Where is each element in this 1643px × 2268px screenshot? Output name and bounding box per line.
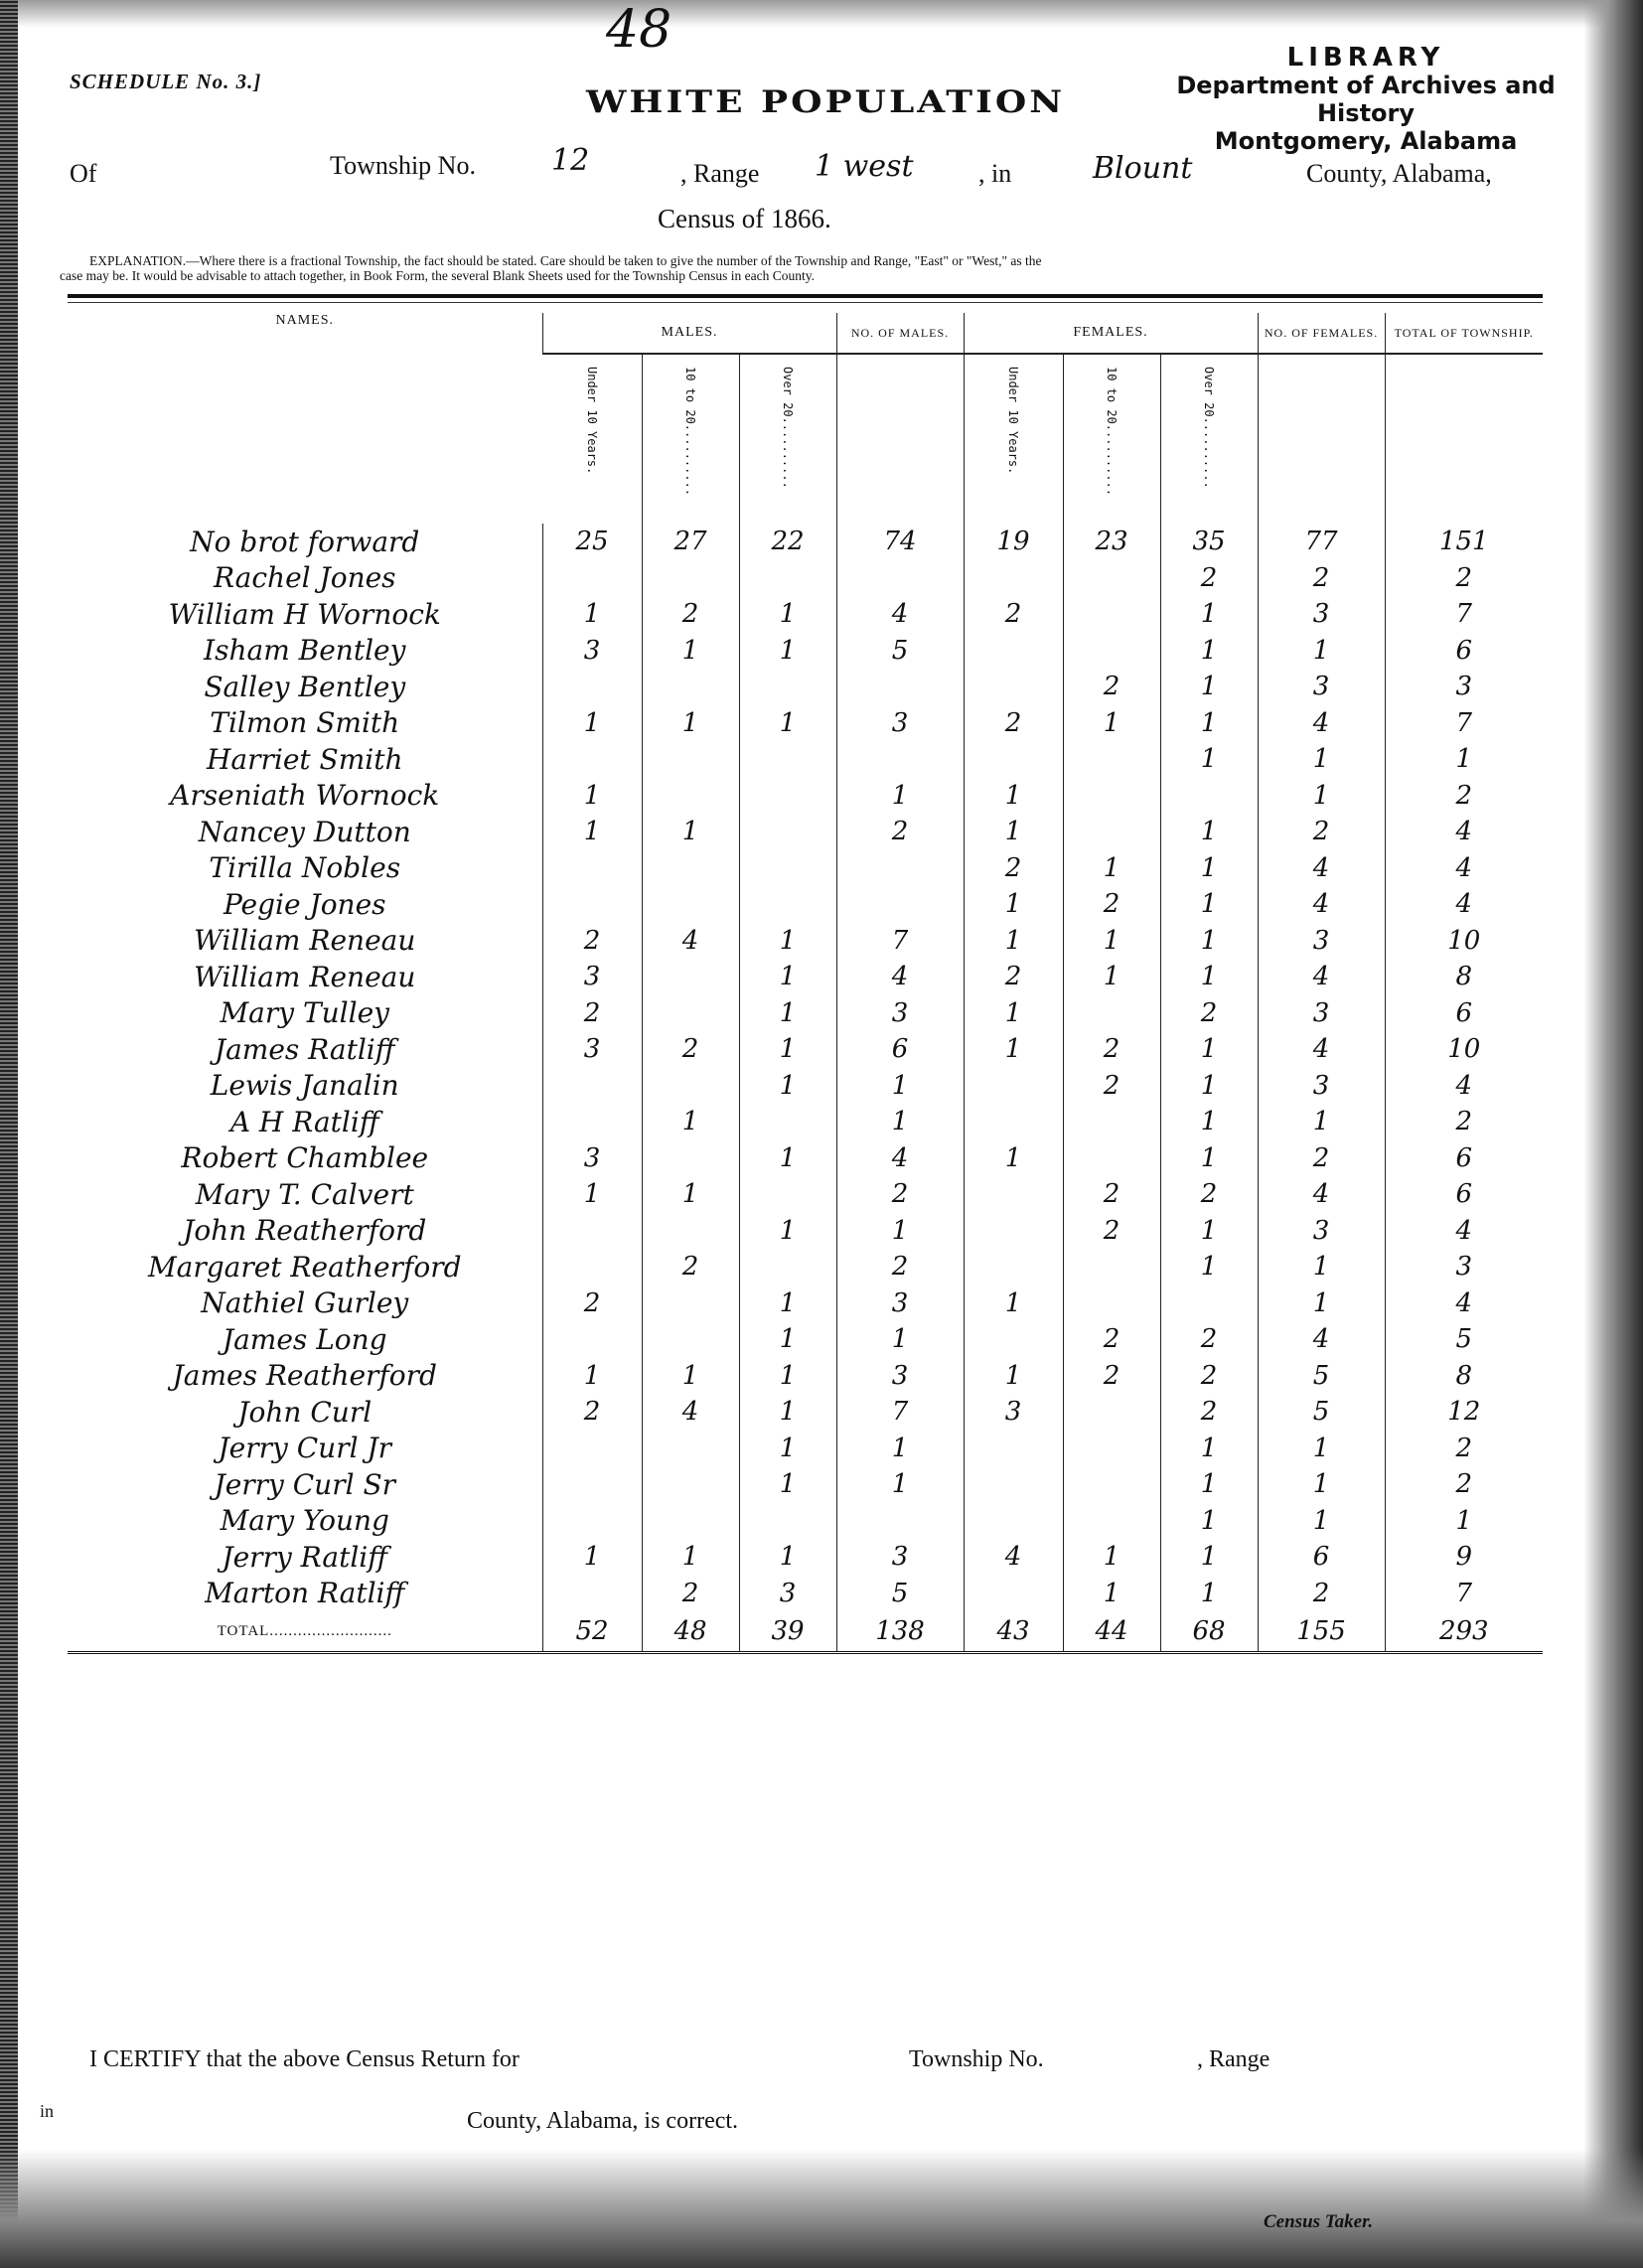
table-row: Mary T. Calvert1122246	[68, 1176, 1543, 1213]
cell-f-o20: 1	[1160, 959, 1258, 995]
resident-name: Jerry Curl Jr	[68, 1431, 542, 1467]
cell-males: 3	[836, 1539, 964, 1576]
cell-females: 1	[1258, 1249, 1385, 1285]
cell-total: 4	[1385, 1068, 1543, 1105]
cell-m-o20: 1	[739, 1031, 836, 1068]
cell-f-10-20	[1063, 596, 1160, 633]
certify-text: I CERTIFY that the above Census Return f…	[89, 2046, 520, 2073]
cell-f-10-20	[1063, 1140, 1160, 1177]
resident-name: John Curl	[68, 1394, 542, 1431]
cell-m-10-20	[642, 560, 739, 597]
males-under10-header: Under 10 Years.	[585, 367, 599, 474]
census-body: No brot forward2527227419233577151Rachel…	[68, 524, 1543, 1611]
cell-total: 1	[1385, 741, 1543, 778]
census-taker-label: Census Taker.	[1264, 2211, 1373, 2233]
cell-m-o20	[739, 1104, 836, 1140]
explanation: EXPLANATION.—Where there is a fractional…	[60, 253, 1550, 283]
cell-females: 2	[1258, 814, 1385, 850]
cell-m-u10: 1	[542, 1539, 642, 1576]
cell-females: 3	[1258, 995, 1385, 1032]
cell-f-u10	[964, 1466, 1063, 1503]
cell-total: 7	[1385, 705, 1543, 742]
cell-m-10-20	[642, 1213, 739, 1250]
of-label: Of	[70, 159, 96, 189]
cell-f-u10: 1	[964, 1285, 1063, 1322]
table-row: Harriet Smith111	[68, 741, 1543, 778]
resident-name: Tirilla Nobles	[68, 850, 542, 887]
resident-name: Mary T. Calvert	[68, 1176, 542, 1213]
cell-f-o20: 1	[1160, 669, 1258, 705]
cell-total: 6	[1385, 995, 1543, 1032]
cell-m-o20	[739, 814, 836, 850]
cell-f-o20: 1	[1160, 1539, 1258, 1576]
males-10to20-header: 10 to 20..........	[683, 367, 697, 496]
cell-f-o20: 1	[1160, 1068, 1258, 1105]
females-under10-header: Under 10 Years.	[1006, 367, 1020, 474]
cell-f-10-20	[1063, 1466, 1160, 1503]
resident-name: William H Wornock	[68, 596, 542, 633]
cell-m-u10	[542, 741, 642, 778]
cell-m-10-20	[642, 741, 739, 778]
cell-f-o20: 1	[1160, 633, 1258, 670]
township-value: 12	[551, 143, 589, 178]
cell-f-o20	[1160, 1285, 1258, 1322]
cell-f-10-20: 1	[1063, 705, 1160, 742]
table-row: Mary Tulley2131236	[68, 995, 1543, 1032]
cell-males	[836, 886, 964, 923]
cell-females: 2	[1258, 1140, 1385, 1177]
no-of-males-sub	[836, 354, 964, 524]
cell-f-u10	[964, 741, 1063, 778]
cell-total: 3	[1385, 1249, 1543, 1285]
cell-m-u10	[542, 1104, 642, 1140]
resident-name: Harriet Smith	[68, 741, 542, 778]
cell-total: 5	[1385, 1321, 1543, 1358]
cell-m-u10	[542, 1249, 642, 1285]
cell-f-10-20: 1	[1063, 923, 1160, 960]
cell-f-u10: 2	[964, 596, 1063, 633]
cell-f-u10	[964, 1068, 1063, 1105]
total-m-o20: 39	[739, 1611, 836, 1653]
cell-total: 7	[1385, 596, 1543, 633]
cell-f-o20: 1	[1160, 1213, 1258, 1250]
cell-m-u10: 1	[542, 705, 642, 742]
table-row: Arseniath Wornock11112	[68, 778, 1543, 815]
cell-m-10-20	[642, 1466, 739, 1503]
cell-females: 2	[1258, 560, 1385, 597]
census-year: Census of 1866.	[658, 204, 831, 234]
cell-males: 2	[836, 1249, 964, 1285]
resident-name: James Ratliff	[68, 1031, 542, 1068]
table-row: James Long112245	[68, 1321, 1543, 1358]
cell-total: 151	[1385, 524, 1543, 560]
cell-f-u10: 1	[964, 1140, 1063, 1177]
resident-name: William Reneau	[68, 959, 542, 995]
cell-m-o20: 1	[739, 1213, 836, 1250]
table-row: Jerry Curl Jr11112	[68, 1431, 1543, 1467]
no-of-females-sub	[1258, 354, 1385, 524]
county-correct: County, Alabama, is correct.	[467, 2108, 738, 2135]
table-row: William Reneau31421148	[68, 959, 1543, 995]
cell-females: 1	[1258, 1503, 1385, 1540]
resident-name: Rachel Jones	[68, 560, 542, 597]
cell-f-10-20	[1063, 1249, 1160, 1285]
cell-total: 8	[1385, 959, 1543, 995]
cell-f-10-20	[1063, 1285, 1160, 1322]
cell-m-u10: 3	[542, 1140, 642, 1177]
total-f-10-20: 44	[1063, 1611, 1160, 1653]
cell-f-u10: 2	[964, 705, 1063, 742]
cell-m-10-20: 2	[642, 1249, 739, 1285]
cell-m-u10: 2	[542, 995, 642, 1032]
scan-edge-top	[0, 0, 1643, 28]
cell-m-o20	[739, 1249, 836, 1285]
cell-m-u10: 1	[542, 778, 642, 815]
cell-m-10-20: 4	[642, 1394, 739, 1431]
females-10to20-header: 10 to 20..........	[1105, 367, 1119, 496]
cell-m-o20	[739, 560, 836, 597]
cell-males: 6	[836, 1031, 964, 1068]
cell-f-u10: 3	[964, 1394, 1063, 1431]
cell-m-10-20: 1	[642, 1539, 739, 1576]
cell-f-o20	[1160, 778, 1258, 815]
cell-m-o20: 22	[739, 524, 836, 560]
table-row: Nancey Dutton1121124	[68, 814, 1543, 850]
cell-m-u10: 2	[542, 1285, 642, 1322]
cell-f-o20: 1	[1160, 1249, 1258, 1285]
cell-f-o20: 1	[1160, 1466, 1258, 1503]
cell-m-u10	[542, 1576, 642, 1612]
cell-females: 3	[1258, 669, 1385, 705]
table-row: Isham Bentley3115116	[68, 633, 1543, 670]
cell-females: 4	[1258, 850, 1385, 887]
cell-females: 1	[1258, 1466, 1385, 1503]
cell-m-o20: 1	[739, 705, 836, 742]
cell-m-10-20	[642, 778, 739, 815]
cell-m-u10: 1	[542, 1358, 642, 1395]
cell-f-o20: 1	[1160, 1031, 1258, 1068]
total-males: 138	[836, 1611, 964, 1653]
table-row: No brot forward2527227419233577151	[68, 524, 1543, 560]
cell-f-o20: 2	[1160, 1358, 1258, 1395]
cell-m-o20	[739, 1176, 836, 1213]
table-row: Jerry Curl Sr11112	[68, 1466, 1543, 1503]
cell-f-o20: 1	[1160, 741, 1258, 778]
library-stamp-line2: Department of Archives and History	[1127, 72, 1604, 127]
total-m-u10: 52	[542, 1611, 642, 1653]
cell-f-o20: 2	[1160, 1176, 1258, 1213]
males-over20-header: Over 20..........	[781, 367, 795, 489]
table-row: Marton Ratliff2351127	[68, 1576, 1543, 1612]
cell-f-10-20	[1063, 633, 1160, 670]
cell-females: 4	[1258, 705, 1385, 742]
table-row: Salley Bentley2133	[68, 669, 1543, 705]
resident-name: Nancey Dutton	[68, 814, 542, 850]
table-row: Mary Young111	[68, 1503, 1543, 1540]
resident-name: Mary Young	[68, 1503, 542, 1540]
cell-females: 1	[1258, 1285, 1385, 1322]
table-row: James Reatherford111312258	[68, 1358, 1543, 1395]
total-of-township-sub	[1385, 354, 1543, 524]
cell-m-10-20	[642, 669, 739, 705]
cell-f-o20: 2	[1160, 1394, 1258, 1431]
total-of-township-header: TOTAL OF TOWNSHIP.	[1385, 313, 1543, 354]
table-row: A H Ratliff11112	[68, 1104, 1543, 1140]
cell-m-u10: 2	[542, 923, 642, 960]
cell-m-10-20: 1	[642, 633, 739, 670]
resident-name: Margaret Reatherford	[68, 1249, 542, 1285]
cell-total: 2	[1385, 1104, 1543, 1140]
cell-m-10-20: 1	[642, 705, 739, 742]
cell-m-u10: 25	[542, 524, 642, 560]
cell-f-o20: 2	[1160, 560, 1258, 597]
cell-f-o20: 1	[1160, 850, 1258, 887]
library-stamp-line3: Montgomery, Alabama	[1127, 127, 1604, 155]
cell-m-u10	[542, 669, 642, 705]
cell-f-10-20: 23	[1063, 524, 1160, 560]
cell-f-o20: 1	[1160, 814, 1258, 850]
cell-males: 2	[836, 1176, 964, 1213]
cell-m-10-20	[642, 1321, 739, 1358]
resident-name: Jerry Curl Sr	[68, 1466, 542, 1503]
cell-m-o20: 1	[739, 923, 836, 960]
table-row: James Ratliff3216121410	[68, 1031, 1543, 1068]
cell-males: 4	[836, 596, 964, 633]
cell-m-u10	[542, 886, 642, 923]
cell-males	[836, 850, 964, 887]
scan-edge-bottom	[0, 2149, 1643, 2268]
cell-m-o20	[739, 778, 836, 815]
cell-m-10-20	[642, 1285, 739, 1322]
cell-m-u10	[542, 1068, 642, 1105]
cell-f-o20: 1	[1160, 1431, 1258, 1467]
cell-m-o20: 1	[739, 1140, 836, 1177]
cell-total: 4	[1385, 850, 1543, 887]
table-row: John Curl241732512	[68, 1394, 1543, 1431]
cell-females: 3	[1258, 1213, 1385, 1250]
cell-f-u10	[964, 1503, 1063, 1540]
cell-total: 10	[1385, 923, 1543, 960]
cell-females: 1	[1258, 778, 1385, 815]
cell-females: 3	[1258, 923, 1385, 960]
cell-females: 4	[1258, 886, 1385, 923]
cell-total: 10	[1385, 1031, 1543, 1068]
resident-name: Pegie Jones	[68, 886, 542, 923]
cell-females: 1	[1258, 633, 1385, 670]
table-row: Pegie Jones12144	[68, 886, 1543, 923]
total-township: 293	[1385, 1611, 1543, 1653]
cell-total: 6	[1385, 1140, 1543, 1177]
cell-m-u10: 1	[542, 814, 642, 850]
county-label: County, Alabama,	[1306, 159, 1492, 189]
county-value: Blount	[1093, 151, 1192, 186]
cell-f-10-20: 1	[1063, 850, 1160, 887]
table-row: William H Wornock12142137	[68, 596, 1543, 633]
cell-males	[836, 741, 964, 778]
resident-name: A H Ratliff	[68, 1104, 542, 1140]
cell-total: 6	[1385, 633, 1543, 670]
cell-f-u10	[964, 1104, 1063, 1140]
cell-males: 1	[836, 778, 964, 815]
in-label: , in	[978, 159, 1011, 189]
cell-m-10-20	[642, 1503, 739, 1540]
cell-males	[836, 1503, 964, 1540]
cell-total: 2	[1385, 1466, 1543, 1503]
cell-f-o20: 1	[1160, 1104, 1258, 1140]
cell-f-10-20	[1063, 1503, 1160, 1540]
table-row: Jerry Ratliff111341169	[68, 1539, 1543, 1576]
cell-m-10-20: 2	[642, 596, 739, 633]
resident-name: Salley Bentley	[68, 669, 542, 705]
cell-total: 12	[1385, 1394, 1543, 1431]
resident-name: Nathiel Gurley	[68, 1285, 542, 1322]
cell-m-o20	[739, 741, 836, 778]
cell-m-o20: 1	[739, 596, 836, 633]
header-rule-thick	[68, 294, 1543, 298]
cell-f-10-20: 2	[1063, 1321, 1160, 1358]
cell-total: 2	[1385, 1431, 1543, 1467]
cell-f-u10	[964, 560, 1063, 597]
cell-m-10-20: 27	[642, 524, 739, 560]
cell-m-10-20: 2	[642, 1576, 739, 1612]
header-rule-thin	[68, 302, 1543, 303]
cell-m-10-20	[642, 886, 739, 923]
cell-females: 2	[1258, 1576, 1385, 1612]
total-row: TOTAL.......................... 52 48 39…	[68, 1611, 1543, 1653]
cell-females: 3	[1258, 596, 1385, 633]
certify-township-label: Township No.	[909, 2046, 1044, 2073]
no-of-females-header: NO. OF FEMALES.	[1258, 313, 1385, 354]
table-row: Robert Chamblee3141126	[68, 1140, 1543, 1177]
cell-females: 5	[1258, 1358, 1385, 1395]
resident-name: Marton Ratliff	[68, 1576, 542, 1612]
cell-m-o20: 1	[739, 1285, 836, 1322]
cell-m-u10: 1	[542, 1176, 642, 1213]
explanation-line1: EXPLANATION.—Where there is a fractional…	[60, 253, 1550, 268]
certify-range-label: , Range	[1197, 2046, 1270, 2073]
resident-name: Lewis Janalin	[68, 1068, 542, 1105]
cell-f-10-20	[1063, 560, 1160, 597]
cell-f-u10	[964, 669, 1063, 705]
cell-f-10-20	[1063, 778, 1160, 815]
males-header: MALES.	[542, 313, 836, 354]
cell-m-o20: 1	[739, 1068, 836, 1105]
cell-total: 4	[1385, 814, 1543, 850]
cell-males: 5	[836, 1576, 964, 1612]
cell-total: 6	[1385, 1176, 1543, 1213]
cell-males: 3	[836, 1358, 964, 1395]
table-row: William Reneau2417111310	[68, 923, 1543, 960]
resident-name: John Reatherford	[68, 1213, 542, 1250]
resident-name: Arseniath Wornock	[68, 778, 542, 815]
resident-name: William Reneau	[68, 923, 542, 960]
cell-m-o20: 3	[739, 1576, 836, 1612]
cell-females: 1	[1258, 1431, 1385, 1467]
cell-f-u10	[964, 1576, 1063, 1612]
cell-f-10-20	[1063, 741, 1160, 778]
cell-f-10-20	[1063, 1104, 1160, 1140]
cell-m-10-20: 1	[642, 1104, 739, 1140]
range-label: , Range	[680, 159, 759, 189]
cell-f-10-20: 2	[1063, 886, 1160, 923]
cell-males: 4	[836, 959, 964, 995]
cell-total: 4	[1385, 886, 1543, 923]
cell-m-o20	[739, 886, 836, 923]
cell-total: 3	[1385, 669, 1543, 705]
cell-females: 3	[1258, 1068, 1385, 1105]
cell-m-u10	[542, 1466, 642, 1503]
total-label: TOTAL..........................	[68, 1611, 542, 1653]
cell-m-u10	[542, 1213, 642, 1250]
cell-m-u10: 1	[542, 596, 642, 633]
cell-f-10-20: 1	[1063, 959, 1160, 995]
explanation-line2: case may be. It would be advisable to at…	[60, 268, 1550, 283]
cell-m-u10: 2	[542, 1394, 642, 1431]
cell-f-10-20: 2	[1063, 669, 1160, 705]
cell-females: 4	[1258, 1321, 1385, 1358]
cell-males: 1	[836, 1431, 964, 1467]
cell-f-u10: 1	[964, 778, 1063, 815]
census-table: NAMES. MALES. NO. OF MALES. FEMALES. NO.…	[68, 313, 1543, 1654]
cell-total: 8	[1385, 1358, 1543, 1395]
cell-total: 4	[1385, 1213, 1543, 1250]
cell-f-u10: 1	[964, 886, 1063, 923]
cell-males	[836, 560, 964, 597]
cell-f-o20: 1	[1160, 596, 1258, 633]
total-f-o20: 68	[1160, 1611, 1258, 1653]
cell-m-o20: 1	[739, 959, 836, 995]
cell-m-10-20	[642, 1431, 739, 1467]
cell-females: 4	[1258, 1176, 1385, 1213]
certify-in-label: in	[40, 2101, 54, 2122]
cell-m-o20: 1	[739, 1431, 836, 1467]
cell-females: 1	[1258, 1104, 1385, 1140]
names-header: NAMES.	[68, 313, 542, 524]
page-number: 48	[606, 0, 672, 60]
cell-males: 2	[836, 814, 964, 850]
cell-m-10-20	[642, 1068, 739, 1105]
cell-f-o20: 1	[1160, 1576, 1258, 1612]
cell-m-o20: 1	[739, 1321, 836, 1358]
cell-m-u10: 3	[542, 633, 642, 670]
cell-m-10-20: 1	[642, 1176, 739, 1213]
cell-f-u10: 19	[964, 524, 1063, 560]
cell-f-10-20	[1063, 1431, 1160, 1467]
cell-total: 1	[1385, 1503, 1543, 1540]
cell-f-10-20: 2	[1063, 1031, 1160, 1068]
cell-f-u10: 1	[964, 1358, 1063, 1395]
cell-females: 5	[1258, 1394, 1385, 1431]
table-row: Nathiel Gurley213114	[68, 1285, 1543, 1322]
cell-m-o20	[739, 669, 836, 705]
cell-m-u10: 3	[542, 1031, 642, 1068]
document-title: WHITE POPULATION	[586, 84, 1065, 120]
resident-name: Mary Tulley	[68, 995, 542, 1032]
cell-m-o20: 1	[739, 1394, 836, 1431]
cell-males: 1	[836, 1321, 964, 1358]
cell-males	[836, 669, 964, 705]
cell-f-10-20: 2	[1063, 1358, 1160, 1395]
cell-f-o20: 2	[1160, 995, 1258, 1032]
cell-males: 5	[836, 633, 964, 670]
cell-females: 1	[1258, 741, 1385, 778]
resident-name: Jerry Ratliff	[68, 1539, 542, 1576]
cell-males: 7	[836, 923, 964, 960]
cell-m-10-20: 4	[642, 923, 739, 960]
cell-males: 1	[836, 1466, 964, 1503]
cell-males: 1	[836, 1068, 964, 1105]
total-m-10-20: 48	[642, 1611, 739, 1653]
